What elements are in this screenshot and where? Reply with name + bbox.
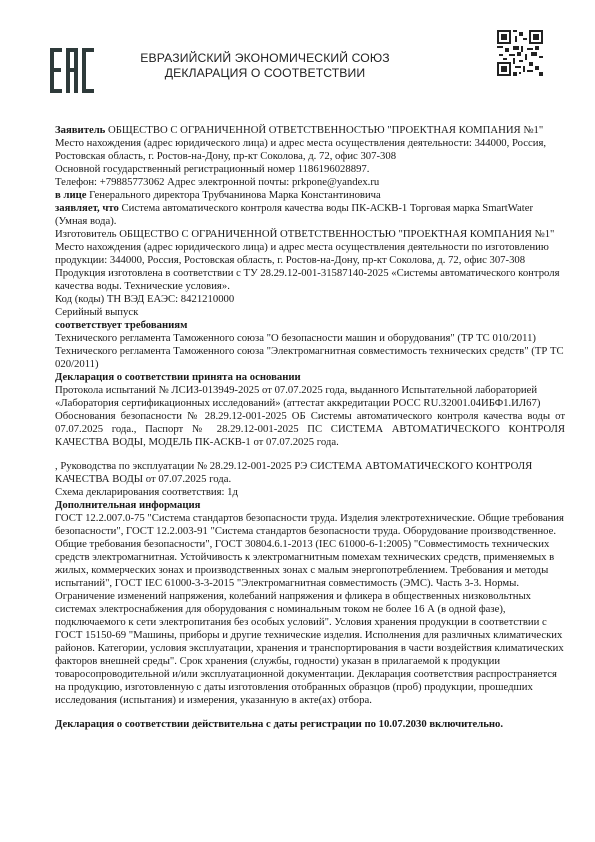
- operation-manual: , Руководства по эксплуатации № 28.29.12…: [55, 460, 565, 486]
- representative-name: Генерального директора Трубчанинова Марк…: [87, 189, 381, 201]
- requirements-label: соответствует требованиям: [55, 319, 565, 332]
- spacer: [55, 449, 565, 460]
- applicant-label: Заявитель: [55, 124, 105, 136]
- applicant-address: Место нахождения (адрес юридического лиц…: [55, 137, 565, 163]
- declaration-title: ДЕКЛАРАЦИЯ О СООТВЕТСТВИИ: [130, 66, 400, 81]
- eac-logo: [50, 48, 96, 93]
- union-title: ЕВРАЗИЙСКИЙ ЭКОНОМИЧЕСКИЙ СОЮЗ: [130, 51, 400, 66]
- document-header: ЕВРАЗИЙСКИЙ ЭКОНОМИЧЕСКИЙ СОЮЗ ДЕКЛАРАЦИ…: [130, 51, 400, 81]
- representative-label: в лице: [55, 189, 87, 201]
- release-type: Серийный выпуск: [55, 306, 565, 319]
- additional-info-label: Дополнительная информация: [55, 499, 565, 512]
- basis-label: Декларация о соответствии принята на осн…: [55, 371, 565, 384]
- manufacturer-name: Изготовитель ОБЩЕСТВО С ОГРАНИЧЕННОЙ ОТВ…: [55, 228, 565, 241]
- declares-line: заявляет, что Система автоматического ко…: [55, 202, 565, 228]
- applicant-line: Заявитель ОБЩЕСТВО С ОГРАНИЧЕННОЙ ОТВЕТС…: [55, 124, 565, 137]
- hs-code: Код (коды) ТН ВЭД ЕАЭС: 8421210000: [55, 293, 565, 306]
- applicant-name: ОБЩЕСТВО С ОГРАНИЧЕННОЙ ОТВЕТСТВЕННОСТЬЮ…: [105, 124, 543, 136]
- qr-code-icon[interactable]: [497, 30, 543, 76]
- test-protocol: Протокола испытаний № ЛСИЗ-013949-2025 о…: [55, 384, 565, 410]
- representative-line: в лице Генерального директора Трубчанино…: [55, 189, 565, 202]
- applicant-contacts: Телефон: +79885773062 Адрес электронной …: [55, 176, 565, 189]
- declaration-body: Заявитель ОБЩЕСТВО С ОГРАНИЧЕННОЙ ОТВЕТС…: [55, 124, 565, 731]
- applicant-ogrn: Основной государственный регистрационный…: [55, 163, 565, 176]
- validity-statement: Декларация о соответствии действительна …: [55, 718, 565, 731]
- declares-label: заявляет, что: [55, 202, 119, 214]
- requirement-item: Технического регламента Таможенного союз…: [55, 345, 565, 371]
- additional-info-text: ГОСТ 12.2.007.0-75 "Система стандартов б…: [55, 512, 565, 707]
- declaration-scheme: Схема декларирования соответствия: 1д: [55, 486, 565, 499]
- product-description: Система автоматического контроля качеств…: [55, 202, 533, 227]
- requirement-item: Технического регламента Таможенного союз…: [55, 332, 565, 345]
- safety-justification: Обоснования безопасности № 28.29.12-001-…: [55, 410, 565, 449]
- manufacturer-address: Место нахождения (адрес юридического лиц…: [55, 241, 565, 293]
